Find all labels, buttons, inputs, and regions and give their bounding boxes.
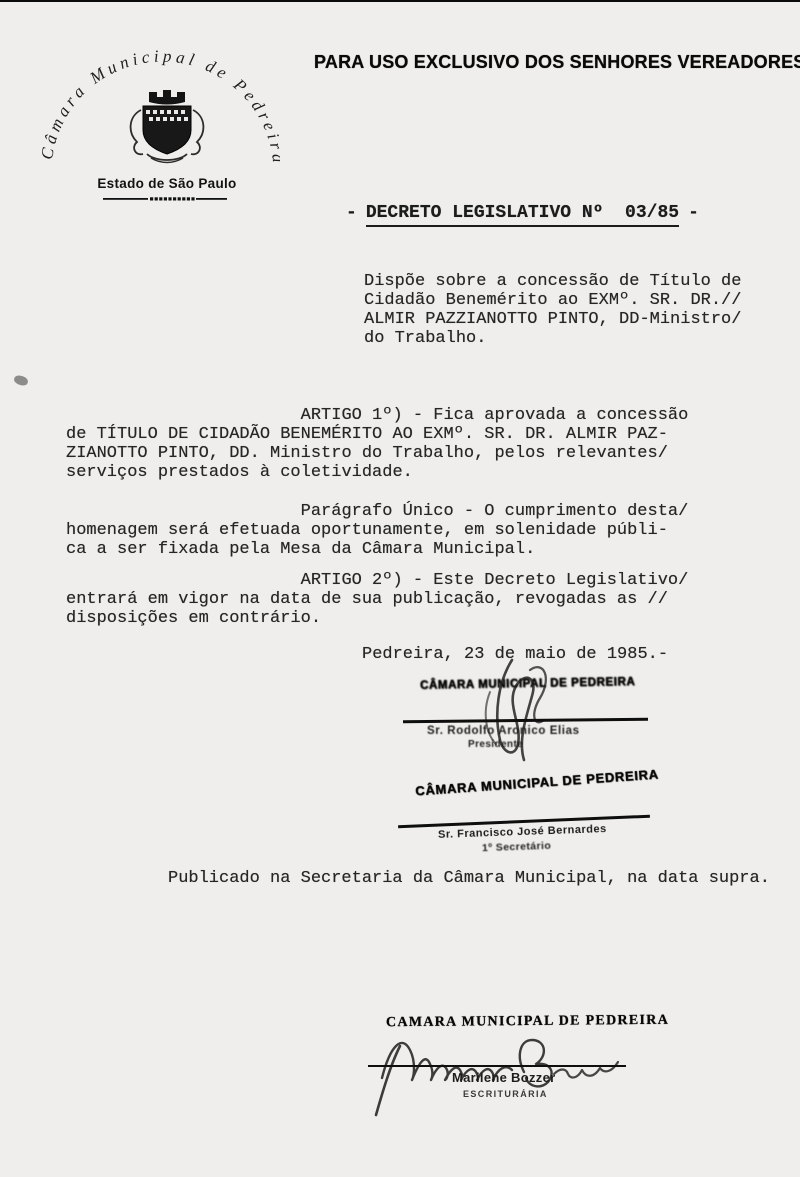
secretary-org-stamp: CÂMARA MUNICIPAL DE PEDREIRA: [415, 767, 659, 799]
ementa-summary: Dispõe sobre a concessão de Título de Ci…: [364, 272, 741, 348]
president-role-stamp: Presidente: [468, 739, 523, 750]
title-dash-left: -: [346, 203, 357, 223]
paragraph-unico-text: Parágrafo Único - O cumprimento desta/ h…: [66, 502, 688, 559]
clerk-signature-line: [368, 1065, 626, 1067]
secretary-name-stamp: Sr. Francisco José Bernardes: [438, 823, 607, 841]
municipal-letterhead: Câmara Municipal de Pedreira Estado: [40, 48, 280, 216]
document-title: -DECRETO LEGISLATIVO Nº 03/85-: [346, 203, 699, 223]
secretary-role-stamp: 1º Secretário: [482, 840, 552, 854]
title-dash-right: -: [688, 203, 699, 223]
clerk-signature: [366, 1018, 626, 1118]
logo-divider: [103, 197, 227, 200]
publication-line: Publicado na Secretaria da Câmara Munici…: [168, 869, 770, 888]
scan-edge-line: [0, 0, 800, 2]
header-notice: PARA USO EXCLUSIVO DOS SENHORES VEREADOR…: [314, 52, 800, 73]
letterhead-graphic: Câmara Municipal de Pedreira Estado: [40, 48, 280, 216]
title-text: DECRETO LEGISLATIVO Nº 03/85: [366, 203, 679, 227]
president-name-stamp: Sr. Rodolfo Aronico Elias: [427, 725, 580, 737]
article-2-text: ARTIGO 2º) - Este Decreto Legislativo/ e…: [66, 571, 688, 628]
scanned-document-page: PARA USO EXCLUSIVO DOS SENHORES VEREADOR…: [0, 0, 800, 1177]
coat-of-arms-icon: [131, 90, 204, 163]
clerk-role-stamp: ESCRITURÁRIA: [463, 1089, 548, 1099]
scan-smudge: [13, 374, 29, 387]
clerk-name-stamp: Marilene Bozzer: [452, 1070, 555, 1085]
logo-state-line: Estado de São Paulo: [97, 176, 236, 191]
article-1-text: ARTIGO 1º) - Fica aprovada a concessão d…: [66, 406, 688, 482]
